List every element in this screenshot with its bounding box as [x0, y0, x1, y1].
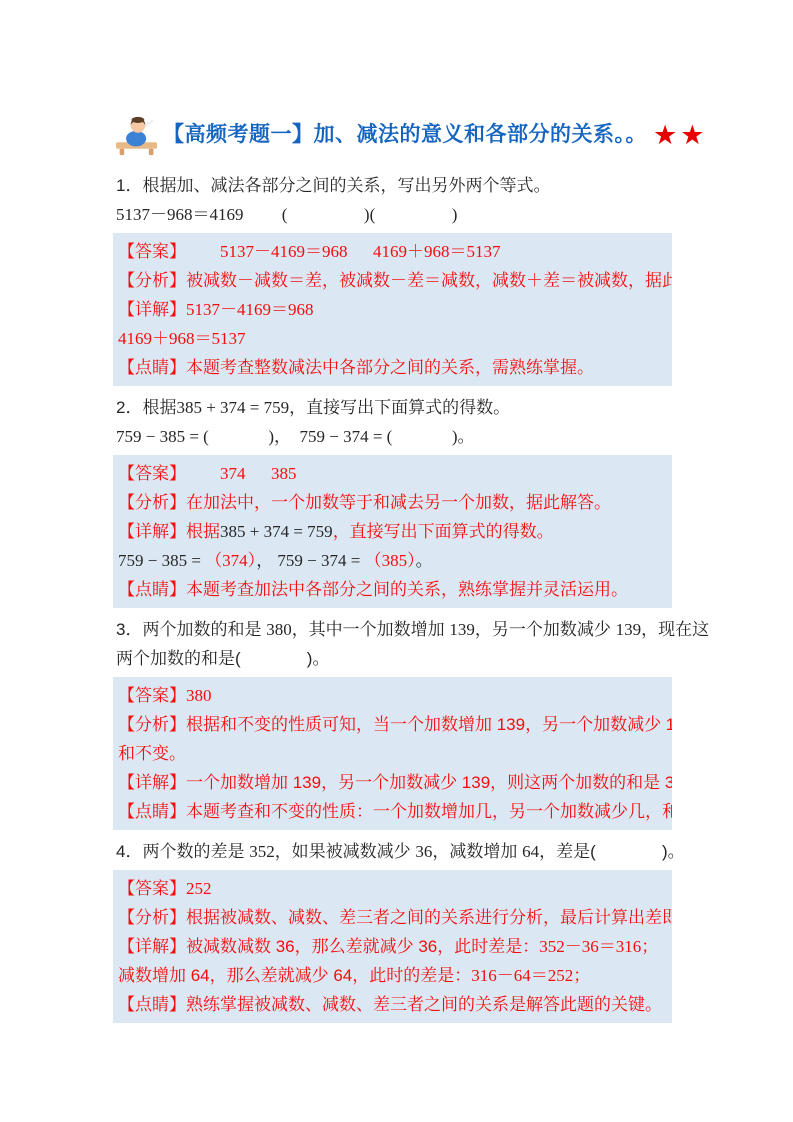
text-segment: 【点睛】	[118, 358, 186, 377]
answer-block: 【答案】 5137－4169＝968 4169＋968＝5137【分析】被减数－…	[113, 233, 672, 386]
answer-line: 【详解】被减数减数 36，那么差就减少 36，此时差是：352－36＝316；	[118, 932, 672, 961]
text-segment: ，其中一个加数增加	[292, 620, 450, 639]
question-line: 4．两个数的差是 352，如果被减数减少 36，减数增加 64，差是( )。	[113, 837, 773, 866]
text-segment: （374）	[205, 551, 256, 570]
question-section: 3．两个加数的和是 380，其中一个加数增加 139，另一个加数减少 139，现…	[113, 615, 773, 830]
text-segment: 352－36＝316	[539, 937, 641, 956]
answer-line: 【答案】 374 385	[118, 459, 672, 488]
answer-line: 【点睛】熟练掌握被减数、减数、差三者之间的关系是解答此题的关键。	[118, 990, 672, 1019]
text-segment: 385 + 374 = 759	[220, 522, 333, 541]
text-segment: 1．根据加、减法各部分之间的关系，写出另外两个等式。	[116, 176, 550, 195]
answer-line: 和不变。	[118, 739, 672, 768]
answer-line: 4169＋968＝5137	[118, 324, 672, 353]
text-segment: ，减数增加	[432, 842, 522, 861]
text-segment: ，如果被减数减少	[275, 842, 416, 861]
question-section: 1．根据加、减法各部分之间的关系，写出另外两个等式。5137－968＝4169 …	[113, 171, 773, 386]
text-segment: 本题考查整数减法中各部分之间的关系，需熟练掌握。	[186, 358, 594, 377]
text-segment: 352	[249, 842, 275, 861]
answer-line: 【详解】根据385 + 374 = 759，直接写出下面算式的得数。	[118, 517, 672, 546]
answer-block: 【答案】380【分析】根据和不变的性质可知，当一个加数增加 139，另一个加数减…	[113, 677, 672, 830]
text-segment: 【详解】	[118, 522, 186, 541]
text-segment: 380	[186, 686, 212, 705]
text-segment: 被减数减数 36，那么差就减少 36，此时差是：	[186, 937, 539, 956]
text-segment: 【答案】	[118, 464, 186, 483]
answer-line: 【分析】根据和不变的性质可知，当一个加数增加 139，另一个加数减少 139，	[118, 710, 672, 739]
text-segment: 本题考查和不变的性质：一个加数增加几，另一个加数减少几，和不变。	[186, 802, 672, 821]
answer-line: 【分析】根据被减数、减数、差三者之间的关系进行分析，最后计算出差即可。	[118, 903, 672, 932]
text-segment: 5137－968＝4169 ( )( )	[116, 205, 457, 224]
text-segment: 熟练掌握被减数、减数、差三者之间的关系是解答此题的关键。	[186, 995, 662, 1014]
text-segment: 本题考查加法中各部分之间的关系，熟练掌握并灵活运用。	[186, 580, 628, 599]
answer-line: 【点睛】本题考查加法中各部分之间的关系，熟练掌握并灵活运用。	[118, 575, 672, 604]
worksheet-body: 1．根据加、减法各部分之间的关系，写出另外两个等式。5137－968＝4169 …	[113, 171, 773, 1023]
answer-line: 【详解】一个加数增加 139，另一个加数减少 139，则这两个加数的和是 380…	[118, 768, 672, 797]
text-segment: 【分析】	[118, 493, 186, 512]
text-segment: ，直接写出下面算式的得数。	[333, 522, 554, 541]
answer-line: 【点睛】本题考查整数减法中各部分之间的关系，需熟练掌握。	[118, 353, 672, 382]
answer-line: 【答案】380	[118, 681, 672, 710]
text-segment: ，另一个加数减少	[475, 620, 616, 639]
math-line: 5137－968＝4169 ( )( )	[113, 200, 773, 229]
text-segment: 252	[186, 879, 212, 898]
text-segment: 139	[449, 620, 475, 639]
question-line: 2．根据385 + 374 = 759，直接写出下面算式的得数。	[113, 393, 773, 422]
text-segment: 385 + 374 = 759	[176, 398, 289, 417]
text-segment: ， 759 − 374 =	[256, 551, 364, 570]
worksheet-header: 【高频考题一】加、减法的意义和各部分的关系。。 ★★	[115, 112, 773, 158]
text-segment: ；	[573, 966, 590, 985]
answer-line: 【分析】被减数－减数＝差，被减数－差＝减数，减数＋差＝被减数，据此解答。	[118, 266, 672, 295]
text-segment: 【分析】	[118, 908, 186, 927]
text-segment: 。	[416, 551, 433, 570]
text-segment: 759 − 385 =	[118, 551, 205, 570]
text-segment: ，现在这	[641, 620, 709, 639]
text-segment: 4．两个数的差是	[116, 842, 249, 861]
text-segment: 64	[522, 842, 539, 861]
text-segment: 【分析】	[118, 715, 186, 734]
answer-line: 减数增加 64，那么差就减少 64，此时的差是：316－64＝252；	[118, 961, 672, 990]
text-segment: 【答案】	[118, 242, 186, 261]
text-segment: 和不变。	[118, 744, 186, 763]
text-segment: 5137－4169＝968	[186, 300, 314, 319]
text-segment: 根据	[186, 522, 220, 541]
text-segment: 根据和不变的性质可知，当一个加数增加 139，另一个加数减少 139，	[186, 715, 672, 734]
text-segment: 36	[415, 842, 432, 861]
text-segment: 5137－4169＝968 4169＋968＝5137	[186, 242, 501, 261]
text-segment: 两个加数的和是( )。	[116, 649, 329, 668]
text-segment: 【点睛】	[118, 995, 186, 1014]
text-segment: ，差是( )。	[539, 842, 684, 861]
question-section: 4．两个数的差是 352，如果被减数减少 36，减数增加 64，差是( )。【答…	[113, 837, 773, 1023]
question-line: 3．两个加数的和是 380，其中一个加数增加 139，另一个加数减少 139，现…	[113, 615, 773, 644]
text-segment: ；	[641, 937, 658, 956]
answer-block: 【答案】 374 385【分析】在加法中，一个加数等于和减去另一个加数，据此解答…	[113, 455, 672, 608]
text-segment: 2．根据	[116, 398, 176, 417]
text-segment: ，直接写出下面算式的得数。	[289, 398, 510, 417]
text-segment: （385）	[365, 551, 416, 570]
text-segment: 【答案】	[118, 879, 186, 898]
answer-line: 759 − 385 = （374）， 759 − 374 = （385）。	[118, 546, 672, 575]
text-segment: 被减数－减数＝差，被减数－差＝减数，减数＋差＝被减数，据此解答。	[186, 271, 672, 290]
text-segment: 【点睛】	[118, 802, 186, 821]
text-segment: 【答案】	[118, 686, 186, 705]
answer-block: 【答案】252【分析】根据被减数、减数、差三者之间的关系进行分析，最后计算出差即…	[113, 870, 672, 1023]
text-segment: 380	[266, 620, 292, 639]
answer-line: 【点睛】本题考查和不变的性质：一个加数增加几，另一个加数减少几，和不变。	[118, 797, 672, 826]
answer-line: 【分析】在加法中，一个加数等于和减去另一个加数，据此解答。	[118, 488, 672, 517]
text-segment: 139	[616, 620, 642, 639]
rating-stars-icon: ★★	[653, 112, 707, 158]
text-segment: 根据被减数、减数、差三者之间的关系进行分析，最后计算出差即可。	[186, 908, 672, 927]
question-line: 两个加数的和是( )。	[113, 644, 773, 673]
question-section: 2．根据385 + 374 = 759，直接写出下面算式的得数。759 − 38…	[113, 393, 773, 608]
answer-line: 【答案】252	[118, 874, 672, 903]
text-segment: 374 385	[186, 464, 297, 483]
page-title: 【高频考题一】加、减法的意义和各部分的关系。。	[163, 112, 647, 158]
text-segment: 在加法中，一个加数等于和减去另一个加数，据此解答。	[186, 493, 611, 512]
text-segment: 一个加数增加 139，另一个加数减少 139，则这两个加数的和是 380。	[186, 773, 672, 792]
worksheet-page: 【高频考题一】加、减法的意义和各部分的关系。。 ★★ 1．根据加、减法各部分之间…	[0, 0, 773, 1023]
math-line: 759 − 385 = ( )， 759 − 374 = ( )。	[113, 422, 773, 451]
text-segment: 【点睛】	[118, 580, 186, 599]
text-segment: 4169＋968＝5137	[118, 329, 246, 348]
text-segment: 759 − 385 = ( )， 759 − 374 = ( )。	[116, 427, 475, 446]
text-segment: 【详解】	[118, 937, 186, 956]
text-segment: 【详解】	[118, 300, 186, 319]
text-segment: 316－64＝252	[471, 966, 573, 985]
text-segment: 【详解】	[118, 773, 186, 792]
student-writing-icon	[115, 114, 159, 156]
answer-line: 【答案】 5137－4169＝968 4169＋968＝5137	[118, 237, 672, 266]
answer-line: 【详解】5137－4169＝968	[118, 295, 672, 324]
text-segment: 3．两个加数的和是	[116, 620, 266, 639]
text-segment: 【分析】	[118, 271, 186, 290]
question-line: 1．根据加、减法各部分之间的关系，写出另外两个等式。	[113, 171, 773, 200]
text-segment: 减数增加 64，那么差就减少 64，此时的差是：	[118, 966, 471, 985]
